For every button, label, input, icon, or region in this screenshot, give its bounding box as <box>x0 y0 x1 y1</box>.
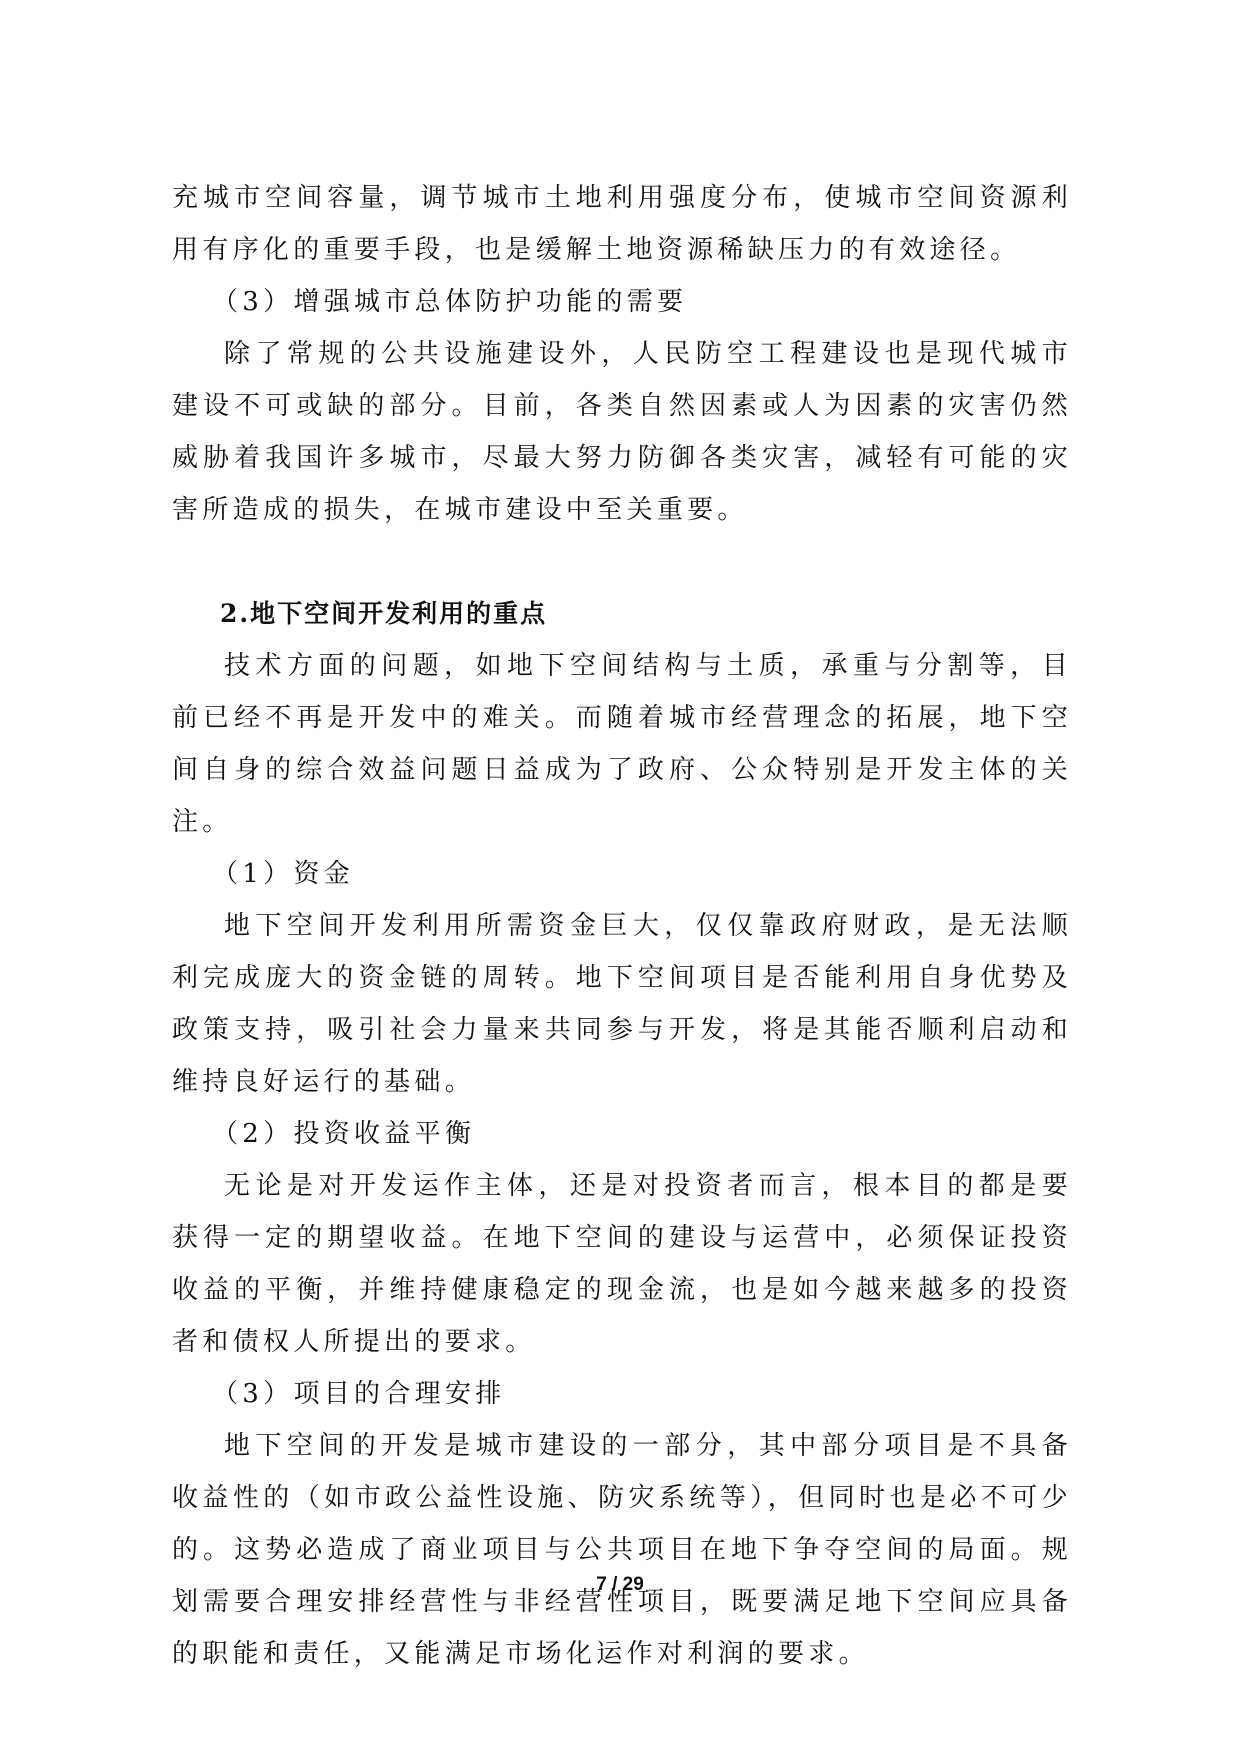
paragraph-investment-balance: 无论是对开发运作主体，还是对投资者而言，根本目的都是要获得一定的期望收益。在地下… <box>172 1160 1072 1368</box>
page-number: 7 / 29 <box>0 1574 1240 1596</box>
subheading-project-arrangement: （3）项目的合理安排 <box>172 1368 1072 1420</box>
section-heading-key-points: 2.地下空间开发利用的重点 <box>172 588 1072 640</box>
paragraph-project-arrangement: 地下空间的开发是城市建设的一部分，其中部分项目是不具备收益性的（如市政公益性设施… <box>172 1420 1072 1680</box>
document-page: 充城市空间容量，调节城市土地利用强度分布，使城市空间资源利用有序化的重要手段，也… <box>172 172 1072 1680</box>
paragraph-continued: 充城市空间容量，调节城市土地利用强度分布，使城市空间资源利用有序化的重要手段，也… <box>172 172 1072 276</box>
paragraph-technical-issues: 技术方面的问题，如地下空间结构与土质，承重与分割等，目前已经不再是开发中的难关。… <box>172 640 1072 848</box>
subheading-investment-balance: （2）投资收益平衡 <box>172 1108 1072 1160</box>
subheading-defense-function: （3）增强城市总体防护功能的需要 <box>172 276 1072 328</box>
paragraph-civil-defense: 除了常规的公共设施建设外，人民防空工程建设也是现代城市建设不可或缺的部分。目前，… <box>172 328 1072 536</box>
paragraph-funding: 地下空间开发利用所需资金巨大，仅仅靠政府财政，是无法顺利完成庞大的资金链的周转。… <box>172 900 1072 1108</box>
subheading-funding: （1）资金 <box>172 848 1072 900</box>
